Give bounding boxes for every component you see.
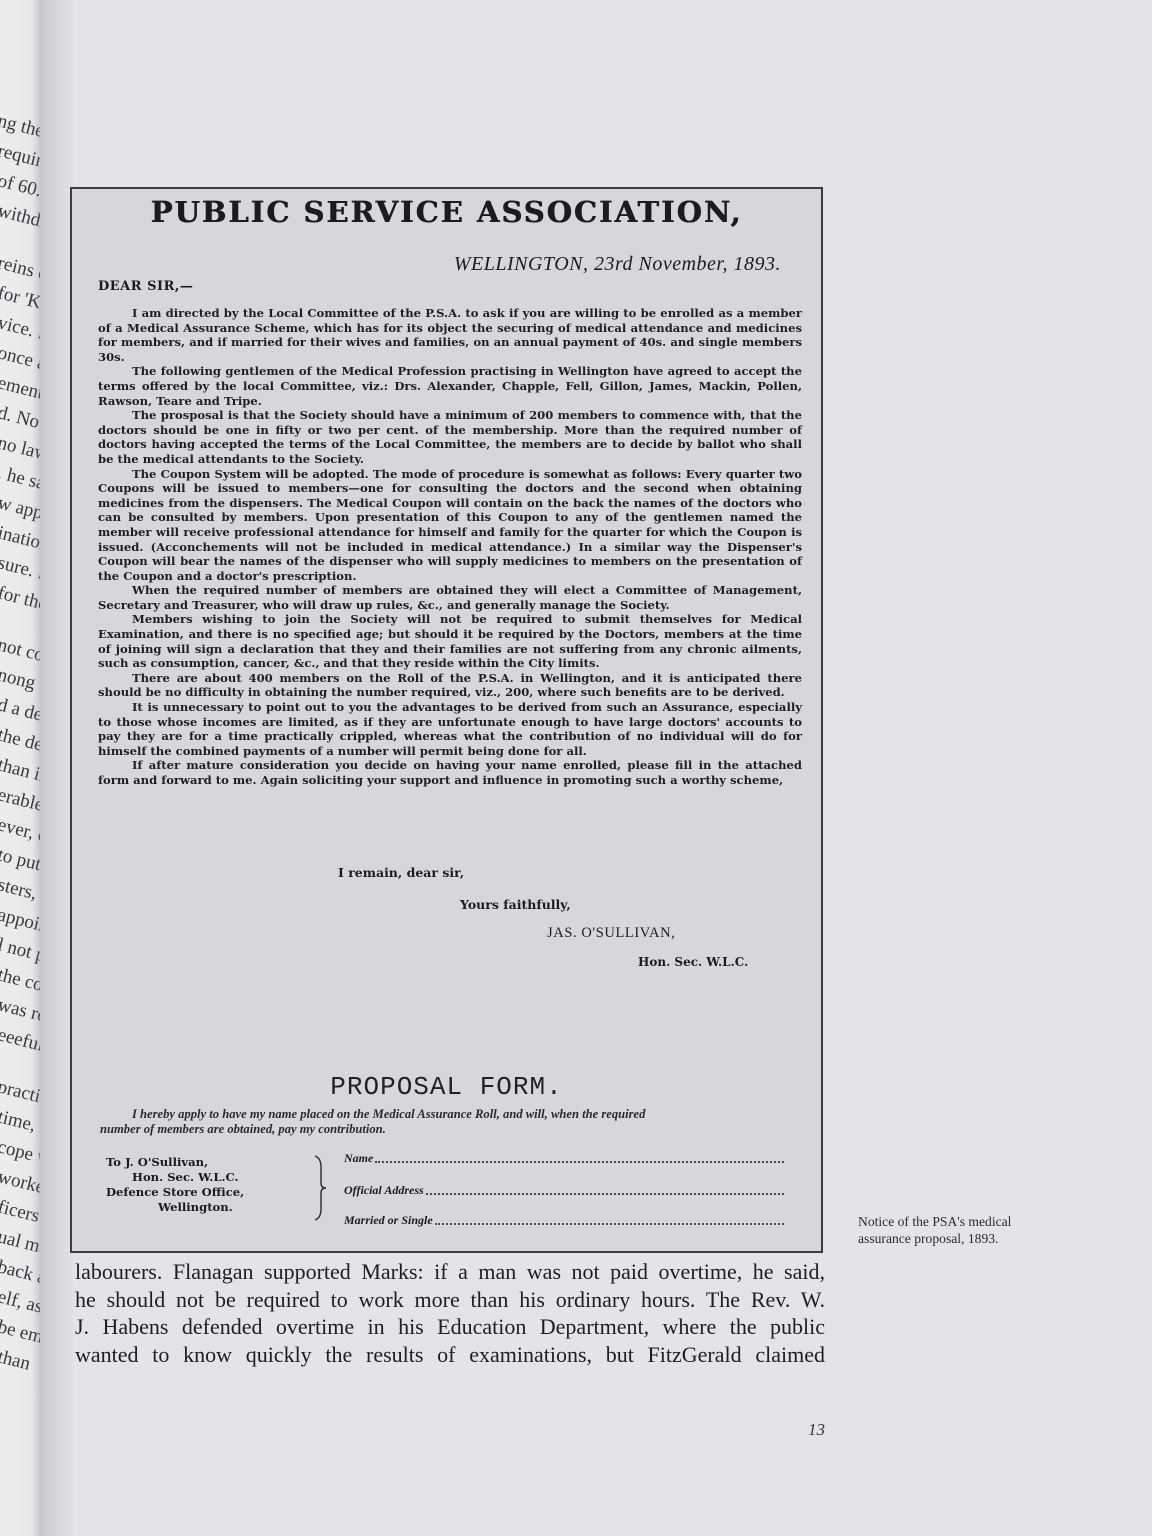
psa-notice: PUBLIC SERVICE ASSOCIATION, WELLINGTON, … [70, 187, 823, 1253]
page-number: 13 [808, 1420, 825, 1440]
letter-paragraph: Members wishing to join the Society will… [98, 612, 802, 670]
field-blank[interactable] [375, 1151, 784, 1163]
letter-body: I am directed by the Local Committee of … [98, 306, 802, 788]
body-line: labourers. Flanagan supported Marks: if … [75, 1258, 825, 1286]
facing-page-edge: ng the serequired aof 60. Twithdrawreins… [0, 0, 44, 1536]
notice-title: PUBLIC SERVICE ASSOCIATION, [72, 195, 821, 229]
addressee-line: To J. O'Sullivan, [106, 1155, 244, 1170]
closing-yours: Yours faithfully, [460, 897, 571, 912]
letter-paragraph: The prosposal is that the Society should… [98, 408, 802, 466]
figure-caption: Notice of the PSA's medical assurance pr… [858, 1213, 1058, 1247]
field-blank[interactable] [435, 1213, 784, 1225]
letter-paragraph: There are about 400 members on the Roll … [98, 671, 802, 700]
field-label: Married or Single [344, 1213, 433, 1228]
letter-paragraph: The following gentlemen of the Medical P… [98, 364, 802, 408]
body-text: labourers. Flanagan supported Marks: if … [75, 1258, 825, 1368]
signature: JAS. O'SULLIVAN, [547, 925, 675, 942]
caption-line: assurance proposal, 1893. [858, 1230, 1058, 1247]
signatory-title: Hon. Sec. W.L.C. [638, 955, 748, 969]
declaration-line: I hereby apply to have my name placed on… [100, 1107, 800, 1122]
proposal-form-title: PROPOSAL FORM. [72, 1072, 821, 1102]
official-address-field[interactable]: Official Address [344, 1183, 784, 1198]
body-line: J. Habens defended overtime in his Educa… [75, 1313, 825, 1341]
name-field[interactable]: Name [344, 1151, 784, 1166]
addressee-line: Wellington. [106, 1200, 244, 1215]
letter-paragraph: If after mature consideration you decide… [98, 758, 802, 787]
body-line: he should not be required to work more t… [75, 1286, 825, 1314]
addressee-line: Defence Store Office, [106, 1185, 244, 1200]
facing-page-fragment: than [0, 1346, 32, 1375]
place-date: WELLINGTON, 23rd November, 1893. [454, 253, 781, 276]
letter-paragraph: When the required number of members are … [98, 583, 802, 612]
proposal-declaration: I hereby apply to have my name placed on… [100, 1107, 800, 1137]
body-line: wanted to know quickly the results of ex… [75, 1341, 825, 1369]
letter-paragraph: The Coupon System will be adopted. The m… [98, 467, 802, 584]
salutation: DEAR SIR,— [98, 279, 193, 294]
addressee-block: To J. O'Sullivan, Hon. Sec. W.L.C. Defen… [106, 1155, 244, 1215]
addressee-line: Hon. Sec. W.L.C. [106, 1170, 244, 1185]
field-label: Name [344, 1151, 373, 1166]
field-blank[interactable] [426, 1183, 784, 1195]
caption-line: Notice of the PSA's medical [858, 1213, 1058, 1230]
field-label: Official Address [344, 1183, 424, 1198]
spine-shadow [40, 0, 74, 1536]
letter-paragraph: I am directed by the Local Committee of … [98, 306, 802, 364]
closing-remain: I remain, dear sir, [338, 865, 464, 880]
curly-brace-icon [312, 1155, 330, 1221]
declaration-line: number of members are obtained, pay my c… [100, 1122, 800, 1137]
letter-paragraph: It is unnecessary to point out to you th… [98, 700, 802, 758]
marital-status-field[interactable]: Married or Single [344, 1213, 784, 1228]
